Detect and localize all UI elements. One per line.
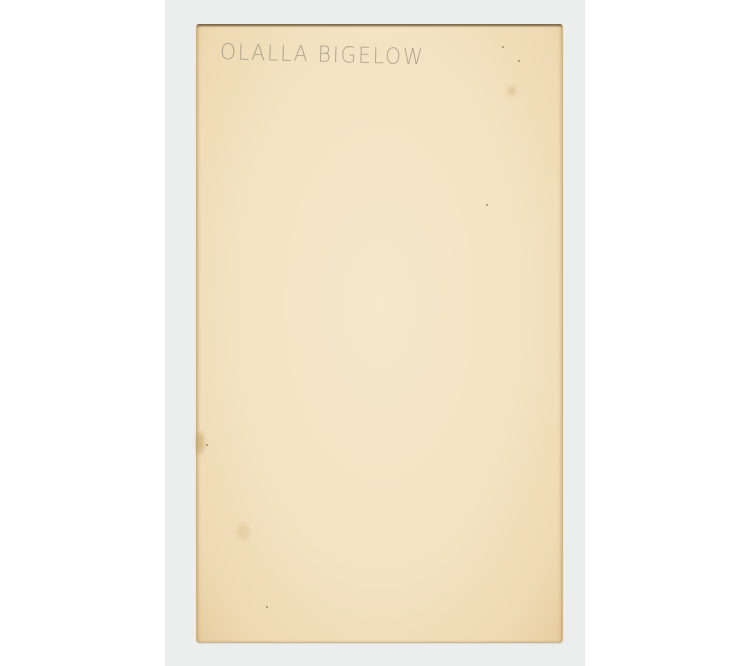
age-stain: [196, 432, 204, 454]
age-stain: [508, 86, 516, 96]
scan-stage: OLALLA BIGELOW: [0, 0, 750, 666]
paper-speck: [266, 606, 268, 608]
paper-speck: [206, 444, 208, 446]
age-stain: [236, 524, 250, 540]
handwritten-inscription: OLALLA BIGELOW: [220, 40, 425, 70]
paper-speck: [502, 46, 504, 48]
paper-speck: [518, 60, 520, 62]
card-back: OLALLA BIGELOW: [196, 24, 563, 643]
paper-speck: [486, 204, 488, 206]
